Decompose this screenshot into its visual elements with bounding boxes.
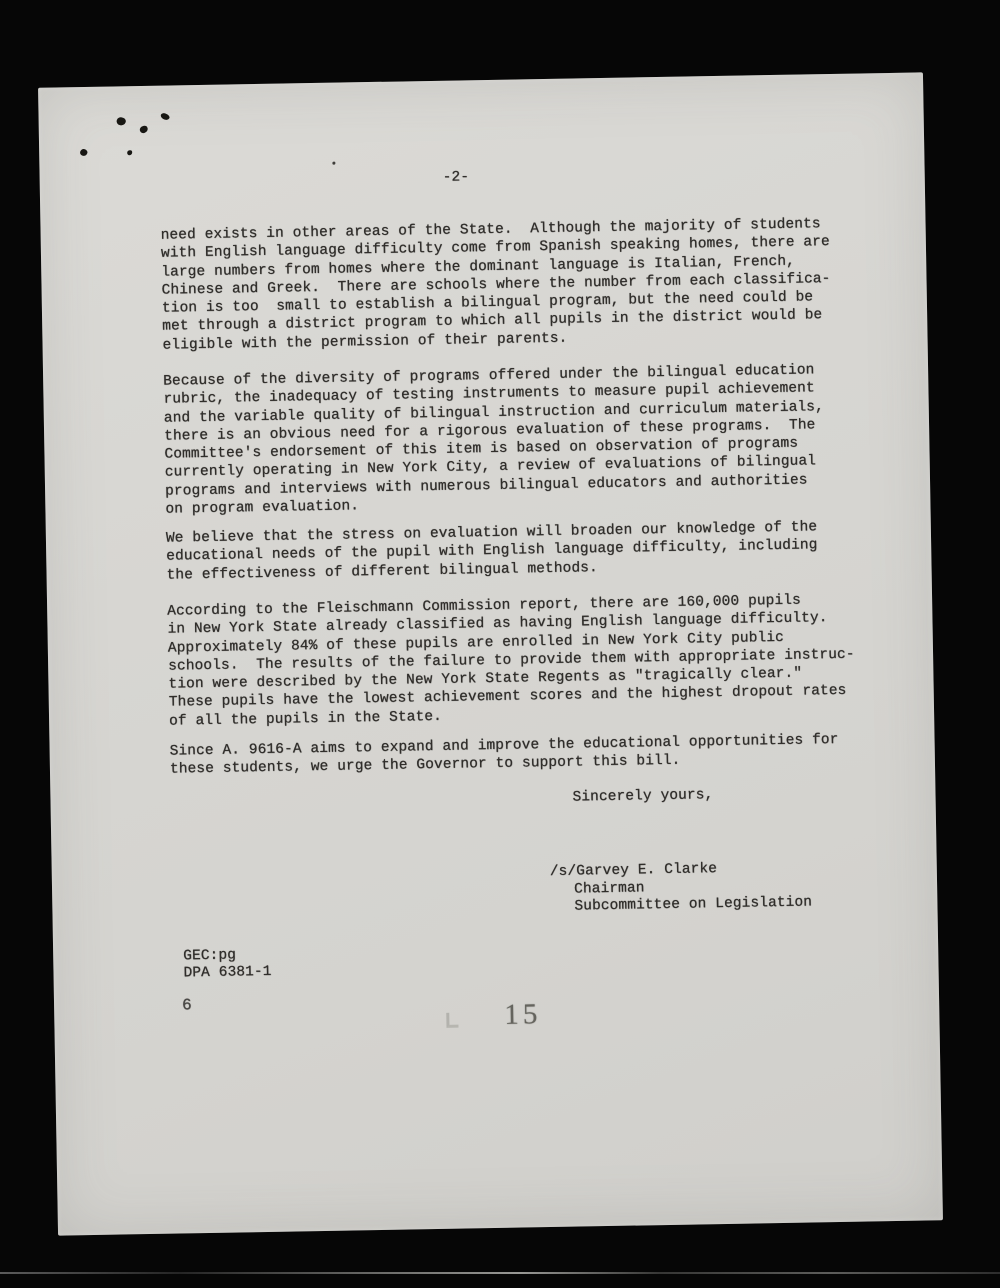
scanned-letter-page: -2- need exists in other areas of the St… <box>0 0 1000 1288</box>
ink-speck <box>116 116 127 126</box>
page-corner-number: 6 <box>182 996 192 1014</box>
paragraph-diversity-of-programs: Because of the diversity of programs off… <box>163 361 826 519</box>
document-page: -2- need exists in other areas of the St… <box>38 72 943 1235</box>
document-reference-number: DPA 6381-1 <box>183 963 271 983</box>
ink-speck <box>332 162 335 165</box>
closing-salutation: Sincerely yours, <box>572 786 713 807</box>
signature-name: /s/Garvey E. Clarke <box>550 860 718 881</box>
scan-scratch-line <box>0 1272 1000 1274</box>
paragraph-need-exists: need exists in other areas of the State.… <box>160 215 831 355</box>
paragraph-stress-on-evaluation: We believe that the stress on evaluation… <box>166 518 818 584</box>
archive-stamp-number: 15 <box>504 998 542 1032</box>
ink-speck <box>127 150 132 155</box>
signature-organization: Subcommittee on Legislation <box>574 893 812 915</box>
page-number: -2- <box>443 168 470 187</box>
paragraph-fleischmann-commission: According to the Fleischmann Commission … <box>167 591 856 731</box>
faint-stamp-artifact <box>446 1013 458 1028</box>
ink-speck <box>139 125 149 134</box>
ink-speck <box>160 112 171 122</box>
paragraph-support-bill: Since A. 9616-A aims to expand and impro… <box>169 731 838 779</box>
ink-speck <box>79 148 89 158</box>
